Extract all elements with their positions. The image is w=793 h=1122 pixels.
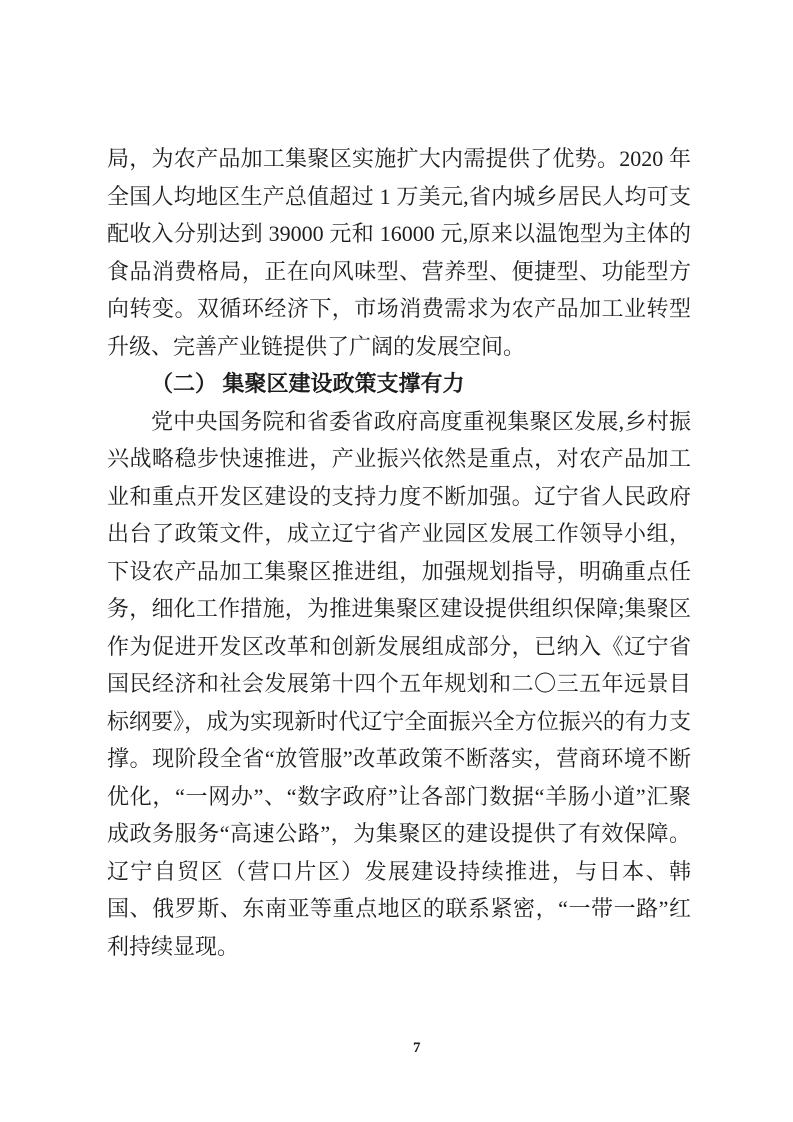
- text-block: 局，为农产品加工集聚区实施扩大内需提供了优势。2020 年全国人均地区生产总值超…: [107, 140, 691, 965]
- page-number: 7: [413, 1040, 421, 1057]
- paragraph-body: 党中央国务院和省委省政府高度重视集聚区发展,乡村振兴战略稳步快速推进，产业振兴依…: [107, 403, 691, 966]
- paragraph-continued: 局，为农产品加工集聚区实施扩大内需提供了优势。2020 年全国人均地区生产总值超…: [107, 140, 691, 365]
- section-heading: （二） 集聚区建设政策支撑有力: [107, 365, 691, 403]
- document-page: 局，为农产品加工集聚区实施扩大内需提供了优势。2020 年全国人均地区生产总值超…: [0, 0, 793, 1122]
